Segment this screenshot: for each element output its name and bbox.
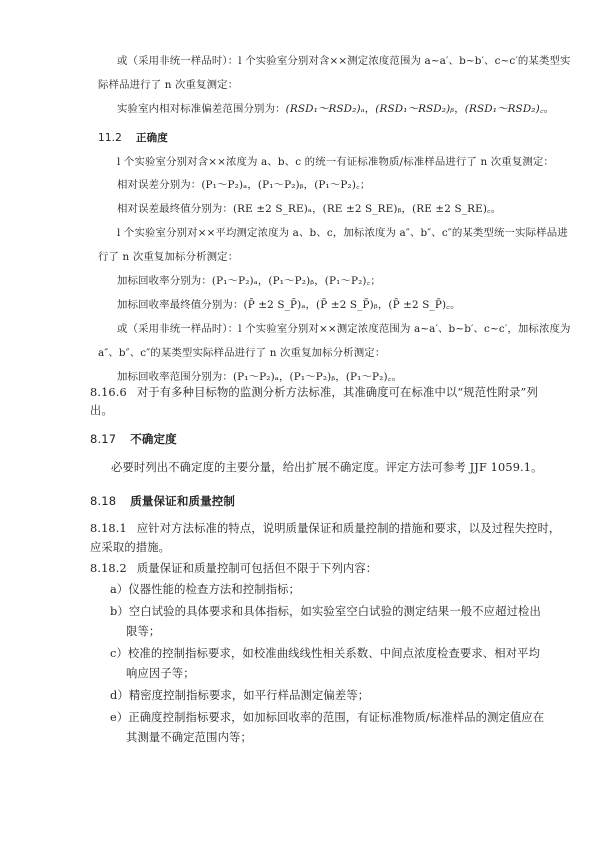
formula-line: 加标回收率分别为：(P₁～P₂)ₐ，(P₁～P₂)ᵦ，(P₁～P₂)꜀； xyxy=(117,274,381,288)
formula-item: (RE ±2 S_RE)ₐ xyxy=(233,203,312,215)
formula-item: (RSD₁～RSD₂)ᵦ xyxy=(375,103,454,115)
text-line: 际样品进行了 n 次重复测定： xyxy=(98,78,238,92)
formula-item: (RE ±2 S_RE)ᵦ xyxy=(323,203,402,215)
formula-item: (RSD₁～RSD₂)꜀ xyxy=(465,103,544,115)
text-line: l 个实验室分别对××平均测定浓度为 a、b、c，加标浓度为 a″、b″、c″的… xyxy=(117,226,568,240)
clause-8-16-6: 8.16.6对于有多种目标物的监测分析方法标准，其准确度可在标准中以“规范性附录… xyxy=(90,386,538,400)
formula-label: 相对误差最终值分别为： xyxy=(117,203,233,215)
text-line: 或（采用非统一样品时）：l 个实验室分别对××测定浓度范围为 a~a′、b~b′… xyxy=(117,322,571,336)
formula-item: (RSD₁～RSD₂)ₐ xyxy=(286,103,365,115)
clause-number: 8.16.6 xyxy=(90,386,127,399)
section-title: 正确度 xyxy=(136,132,168,144)
formula-line: 加标回收率范围分别为：(P₁～P₂)ₐ，(P₁～P₂)ᵦ，(P₁～P₂)꜀。 xyxy=(117,370,402,384)
text-line: a″、b″、c″的某类型实际样品进行了 n 次重复加标分析测定： xyxy=(98,346,385,360)
section-heading-11-2: 11.2正确度 xyxy=(98,131,168,145)
clause-text: 对于有多种目标物的监测分析方法标准，其准确度可在标准中以“规范性附录”列 xyxy=(137,386,538,399)
document-page: 或（采用非统一样品时）：l 个实验室分别对含××测定浓度范围为 a~a′、b~b… xyxy=(0,0,600,848)
formula-line: 实验室内相对标准偏差范围分别为：(RSD₁～RSD₂)ₐ，(RSD₁～RSD₂)… xyxy=(117,102,554,116)
formula-item: (RE ±2 S_RE)꜀ xyxy=(412,203,491,215)
text-line: l 个实验室分别对含××浓度为 a、b、c 的统一有证标准物质/标准样品进行了 … xyxy=(117,155,554,169)
formula-item: (P̄ ±2 S_P̄)꜀ xyxy=(388,299,450,311)
formula-line: 相对误差最终值分别为：(RE ±2 S_RE)ₐ，(RE ±2 S_RE)ᵦ，(… xyxy=(117,202,501,216)
formula-label: 实验室内相对标准偏差范围分别为： xyxy=(117,103,286,115)
formula-item: (P̄ ±2 S_P̄)ᵦ xyxy=(316,299,378,311)
formula-item: (P̄ ±2 S_P̄)ₐ xyxy=(244,299,306,311)
formula-label: 加标回收率最终值分别为： xyxy=(117,299,244,311)
text-line: 或（采用非统一样品时）：l 个实验室分别对含××测定浓度范围为 a~a′、b~b… xyxy=(117,54,571,68)
section-number: 11.2 xyxy=(98,132,122,144)
clause-text-continuation: 出。 xyxy=(90,404,113,418)
formula-line: 相对误差分别为：(P₁～P₂)ₐ，(P₁～P₂)ᵦ，(P₁～P₂)꜀； xyxy=(117,178,370,192)
text-line: 行了 n 次重复加标分析测定： xyxy=(98,250,238,264)
formula-line: 加标回收率最终值分别为：(P̄ ±2 S_P̄)ₐ，(P̄ ±2 S_P̄)ᵦ，… xyxy=(117,298,460,312)
